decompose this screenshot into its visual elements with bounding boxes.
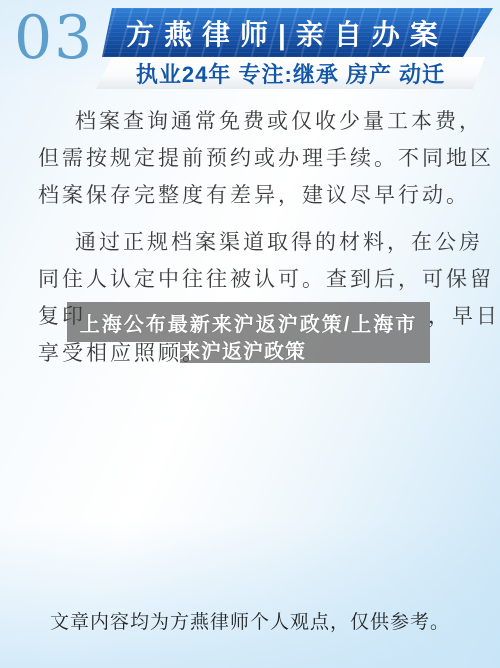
paragraph2-line3-right: ，早日: [428, 298, 500, 335]
article-body: 档案查询通常免费或仅收少量工本费， 但需按规定提前预约或办理手续。不同地区 档案…: [38, 103, 500, 372]
lawyer-name-banner: 方燕律师|亲自办案: [98, 8, 495, 57]
practice-areas-text: 执业24年 专注:继承 房产 动迁: [136, 58, 445, 89]
practice-areas-banner: 执业24年 专注:继承 房产 动迁: [96, 57, 485, 89]
paragraph2-line1: 通过正规档案渠道取得的材料，在公房: [38, 224, 500, 261]
obscured-text-gap: [86, 298, 428, 335]
lawyer-poster-card: 03 方燕律师|亲自办案 执业24年 专注:继承 房产 动迁 档案查询通常免费或…: [0, 0, 500, 668]
paragraph1-line2: 但需按规定提前预约或办理手续。不同地区: [38, 140, 500, 177]
disclaimer-text: 文章内容均为方燕律师个人观点，仅供参考。: [0, 607, 500, 634]
slide-index-number: 03: [14, 0, 94, 76]
paragraph2-line2: 同住人认定中往往被认可。查到后，可保留: [38, 261, 500, 298]
paragraph2-line3-left: 复印: [38, 298, 86, 335]
paragraph2-line3: 复印 ，早日: [38, 298, 500, 335]
paragraph2-line4: 享受相应照顾。: [38, 335, 500, 372]
paragraph1-line1: 档案查询通常免费或仅收少量工本费，: [38, 103, 500, 140]
paragraph1-line3: 档案保存完整度有差异，建议尽早行动。: [38, 177, 500, 214]
lawyer-banner-title: 方燕律师|亲自办案: [126, 13, 448, 53]
